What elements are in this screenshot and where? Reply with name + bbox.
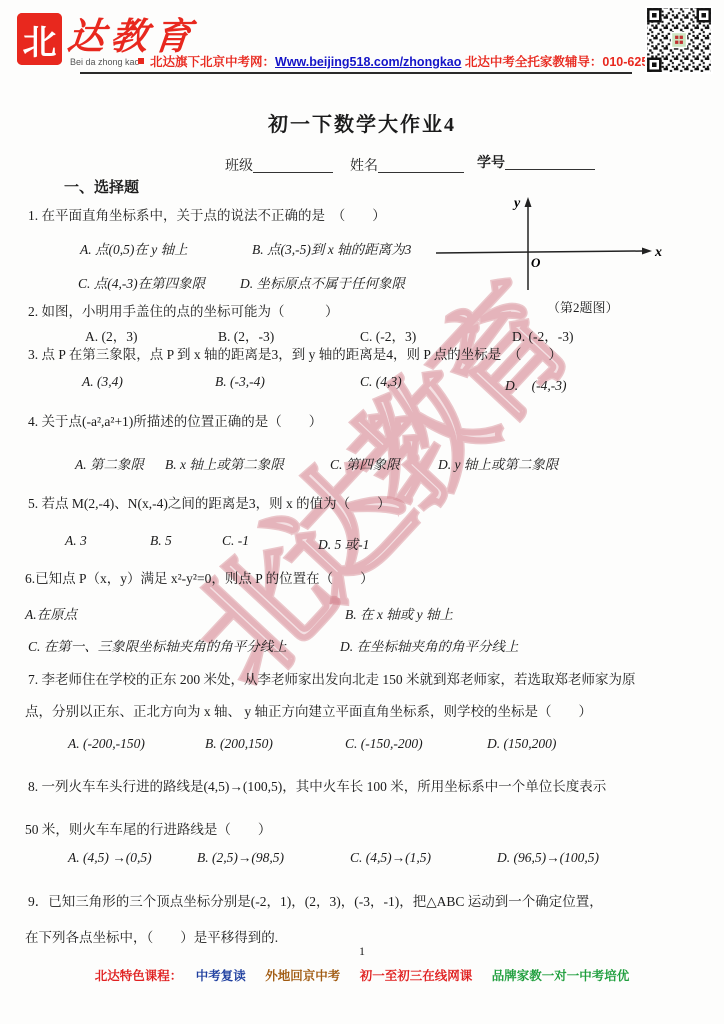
question-5-text: 5. 若点 M(2,-4)、N(x,-4)之间的距离是3，则 x 的值为（ ）: [28, 492, 391, 512]
question-1-text: 1. 在平面直角坐标系中，关于点的说法不正确的是 （ ）: [28, 204, 386, 224]
class-field: 班级: [225, 155, 333, 175]
x-axis-arrow: [642, 248, 652, 255]
square-bullet-icon: [138, 58, 144, 64]
question-8-option-c: C. (4,5)→(1,5): [350, 850, 431, 866]
question-2-option-b: B. (2，-3): [218, 325, 274, 345]
seal-character: 北: [23, 15, 57, 64]
footer-segment-label: 北达特色课程：: [95, 969, 183, 983]
qr-finder-topright: [697, 8, 711, 22]
question-1-option-c: C. 点(4,-3)在第四象限: [78, 272, 205, 292]
question-4-option-d: D. y 轴上或第二象限: [438, 453, 558, 473]
question-2-text: 2. 如图，小明用手盖住的点的坐标可能为（ ）: [28, 300, 339, 320]
header-contact-line: 北达旗下北京中考网：Www.beijing518.com/zhongkao 北达…: [150, 52, 683, 70]
question-7-option-c: C. (-150,-200): [345, 736, 423, 752]
question-7-option-a: A. (-200,-150): [68, 736, 145, 752]
footer-programs-line: 北达特色课程： 中考复读 外地回京中考 初一至初三在线网课 品牌家教一对一中考培…: [0, 966, 724, 984]
question-8-option-b: B. (2,5)→(98,5): [197, 850, 284, 866]
figure-caption: （第2题图）: [547, 297, 619, 316]
footer-segment-return: 外地回京中考: [265, 969, 340, 983]
question-6-option-d: D. 在坐标轴夹角的角平分线上: [340, 635, 519, 655]
question-6-option-b: B. 在 x 轴或 y 轴上: [345, 603, 453, 623]
question-8-text-line1: 8. 一列火车车头行进的路线是(4,5)→(100,5)，其中火车长 100 米…: [28, 775, 606, 795]
question-8-text-line2: 50 米，则火车车尾的行进路线是（ ）: [25, 818, 271, 838]
class-field-blank: [253, 158, 333, 173]
header-line-suffix: 北达中考全托家教辅导：: [465, 55, 603, 69]
qr-center-logo: [671, 32, 687, 48]
question-7-option-b: B. (200,150): [205, 736, 273, 752]
question-4-option-b: B. x 轴上或第二象限: [165, 453, 284, 473]
student-id-field: 学号: [477, 152, 595, 172]
section-heading: 一、选择题: [64, 176, 139, 197]
header-rule: [80, 72, 632, 74]
footer-segment-online: 初一至初三在线网课: [360, 969, 473, 983]
question-9-text-line1: 9．已知三角形的三个顶点坐标分别是(-2，1)，(2，3)，(-3，-1)，把△…: [28, 890, 603, 910]
x-axis-label: x: [654, 245, 662, 260]
qr-code: [645, 4, 713, 76]
question-2-option-d: D. (-2，-3): [512, 325, 573, 345]
question-4-option-c: C. 第四象限: [330, 453, 400, 473]
question-3-text: 3. 点 P 在第三象限，点 P 到 x 轴的距离是3，到 y 轴的距离是4，则…: [28, 343, 562, 363]
brand-tagline: Bei da zhong kao: [70, 57, 140, 67]
question-8-option-a: A. (4,5) →(0,5): [68, 850, 152, 866]
origin-label: O: [531, 255, 541, 270]
footer-segment-tutoring: 品牌家教一对一中考培优: [492, 969, 630, 983]
brand-seal-logo: 北: [17, 13, 62, 65]
question-1-option-a: A. 点(0,5)在 y 轴上: [80, 238, 188, 258]
name-field: 姓名: [350, 155, 464, 175]
student-id-field-label: 学号: [477, 156, 505, 171]
class-field-label: 班级: [225, 159, 253, 174]
student-id-field-blank: [505, 155, 595, 170]
question-3-option-a: A. (3,4): [82, 374, 123, 390]
question-9-text-line2: 在下列各点坐标中，（ ）是平移得到的.: [25, 926, 278, 946]
qr-finder-topleft: [647, 8, 661, 22]
footer-segment-repeat: 中考复读: [196, 969, 246, 983]
question-3-option-b: B. (-3,-4): [215, 374, 265, 390]
question-4-text: 4. 关于点(-a²,a²+1)所描述的位置正确的是（ ）: [28, 410, 322, 430]
question-3-option-c: C. (4,3): [360, 374, 402, 390]
qr-finder-bottomleft: [647, 58, 661, 72]
question-1-option-d: D. 坐标原点不属于任何象限: [240, 272, 405, 292]
y-axis-label: y: [512, 196, 521, 211]
question-4-option-a: A. 第二象限: [75, 453, 144, 473]
question-7-option-d: D. (150,200): [487, 736, 556, 752]
question-1-option-b: B. 点(3,-5)到 x 轴的距离为3: [252, 238, 411, 258]
website-link: Www.beijing518.com/zhongkao: [275, 55, 461, 69]
question-8-option-d: D. (96,5)→(100,5): [497, 850, 599, 866]
question-5-option-a: A. 3: [65, 533, 87, 549]
question-6-text: 6.已知点 P（x，y）满足 x²-y²=0，则点 P 的位置在（ ）: [25, 567, 374, 587]
question-5-option-c: C. -1: [222, 533, 249, 549]
question-2-option-c: C. (-2，3): [360, 325, 416, 345]
worksheet-page: 北达教育 北 达教育 Bei da zhong kao 北达旗下北京中考网：Ww…: [0, 0, 724, 1024]
page-title: 初一下数学大作业4: [0, 108, 724, 137]
y-axis-arrow: [525, 197, 532, 207]
question-6-option-c: C. 在第一、三象限坐标轴夹角的角平分线上: [28, 635, 287, 655]
question-3-option-d: D. (-4,-3): [505, 374, 566, 394]
question-6-option-a: A.在原点: [25, 603, 77, 623]
question-7-text-line1: 7. 李老师住在学校的正东 200 米处，从李老师家出发向北走 150 米就到郑…: [28, 668, 636, 688]
question-7-text-line2: 点，分别以正东、正北方向为 x 轴、 y 轴正方向建立平面直角坐标系，则学校的坐…: [25, 700, 592, 720]
name-field-label: 姓名: [350, 159, 378, 174]
header-line-prefix: 北达旗下北京中考网：: [150, 55, 275, 69]
question-2-option-a: A. (2，3): [85, 325, 138, 345]
coordinate-axes-figure: y x O: [428, 193, 668, 303]
page-number: 1: [0, 944, 724, 959]
name-field-blank: [378, 158, 464, 173]
question-5-option-b: B. 5: [150, 533, 172, 549]
question-5-option-d: D. 5 或-1: [318, 533, 369, 553]
